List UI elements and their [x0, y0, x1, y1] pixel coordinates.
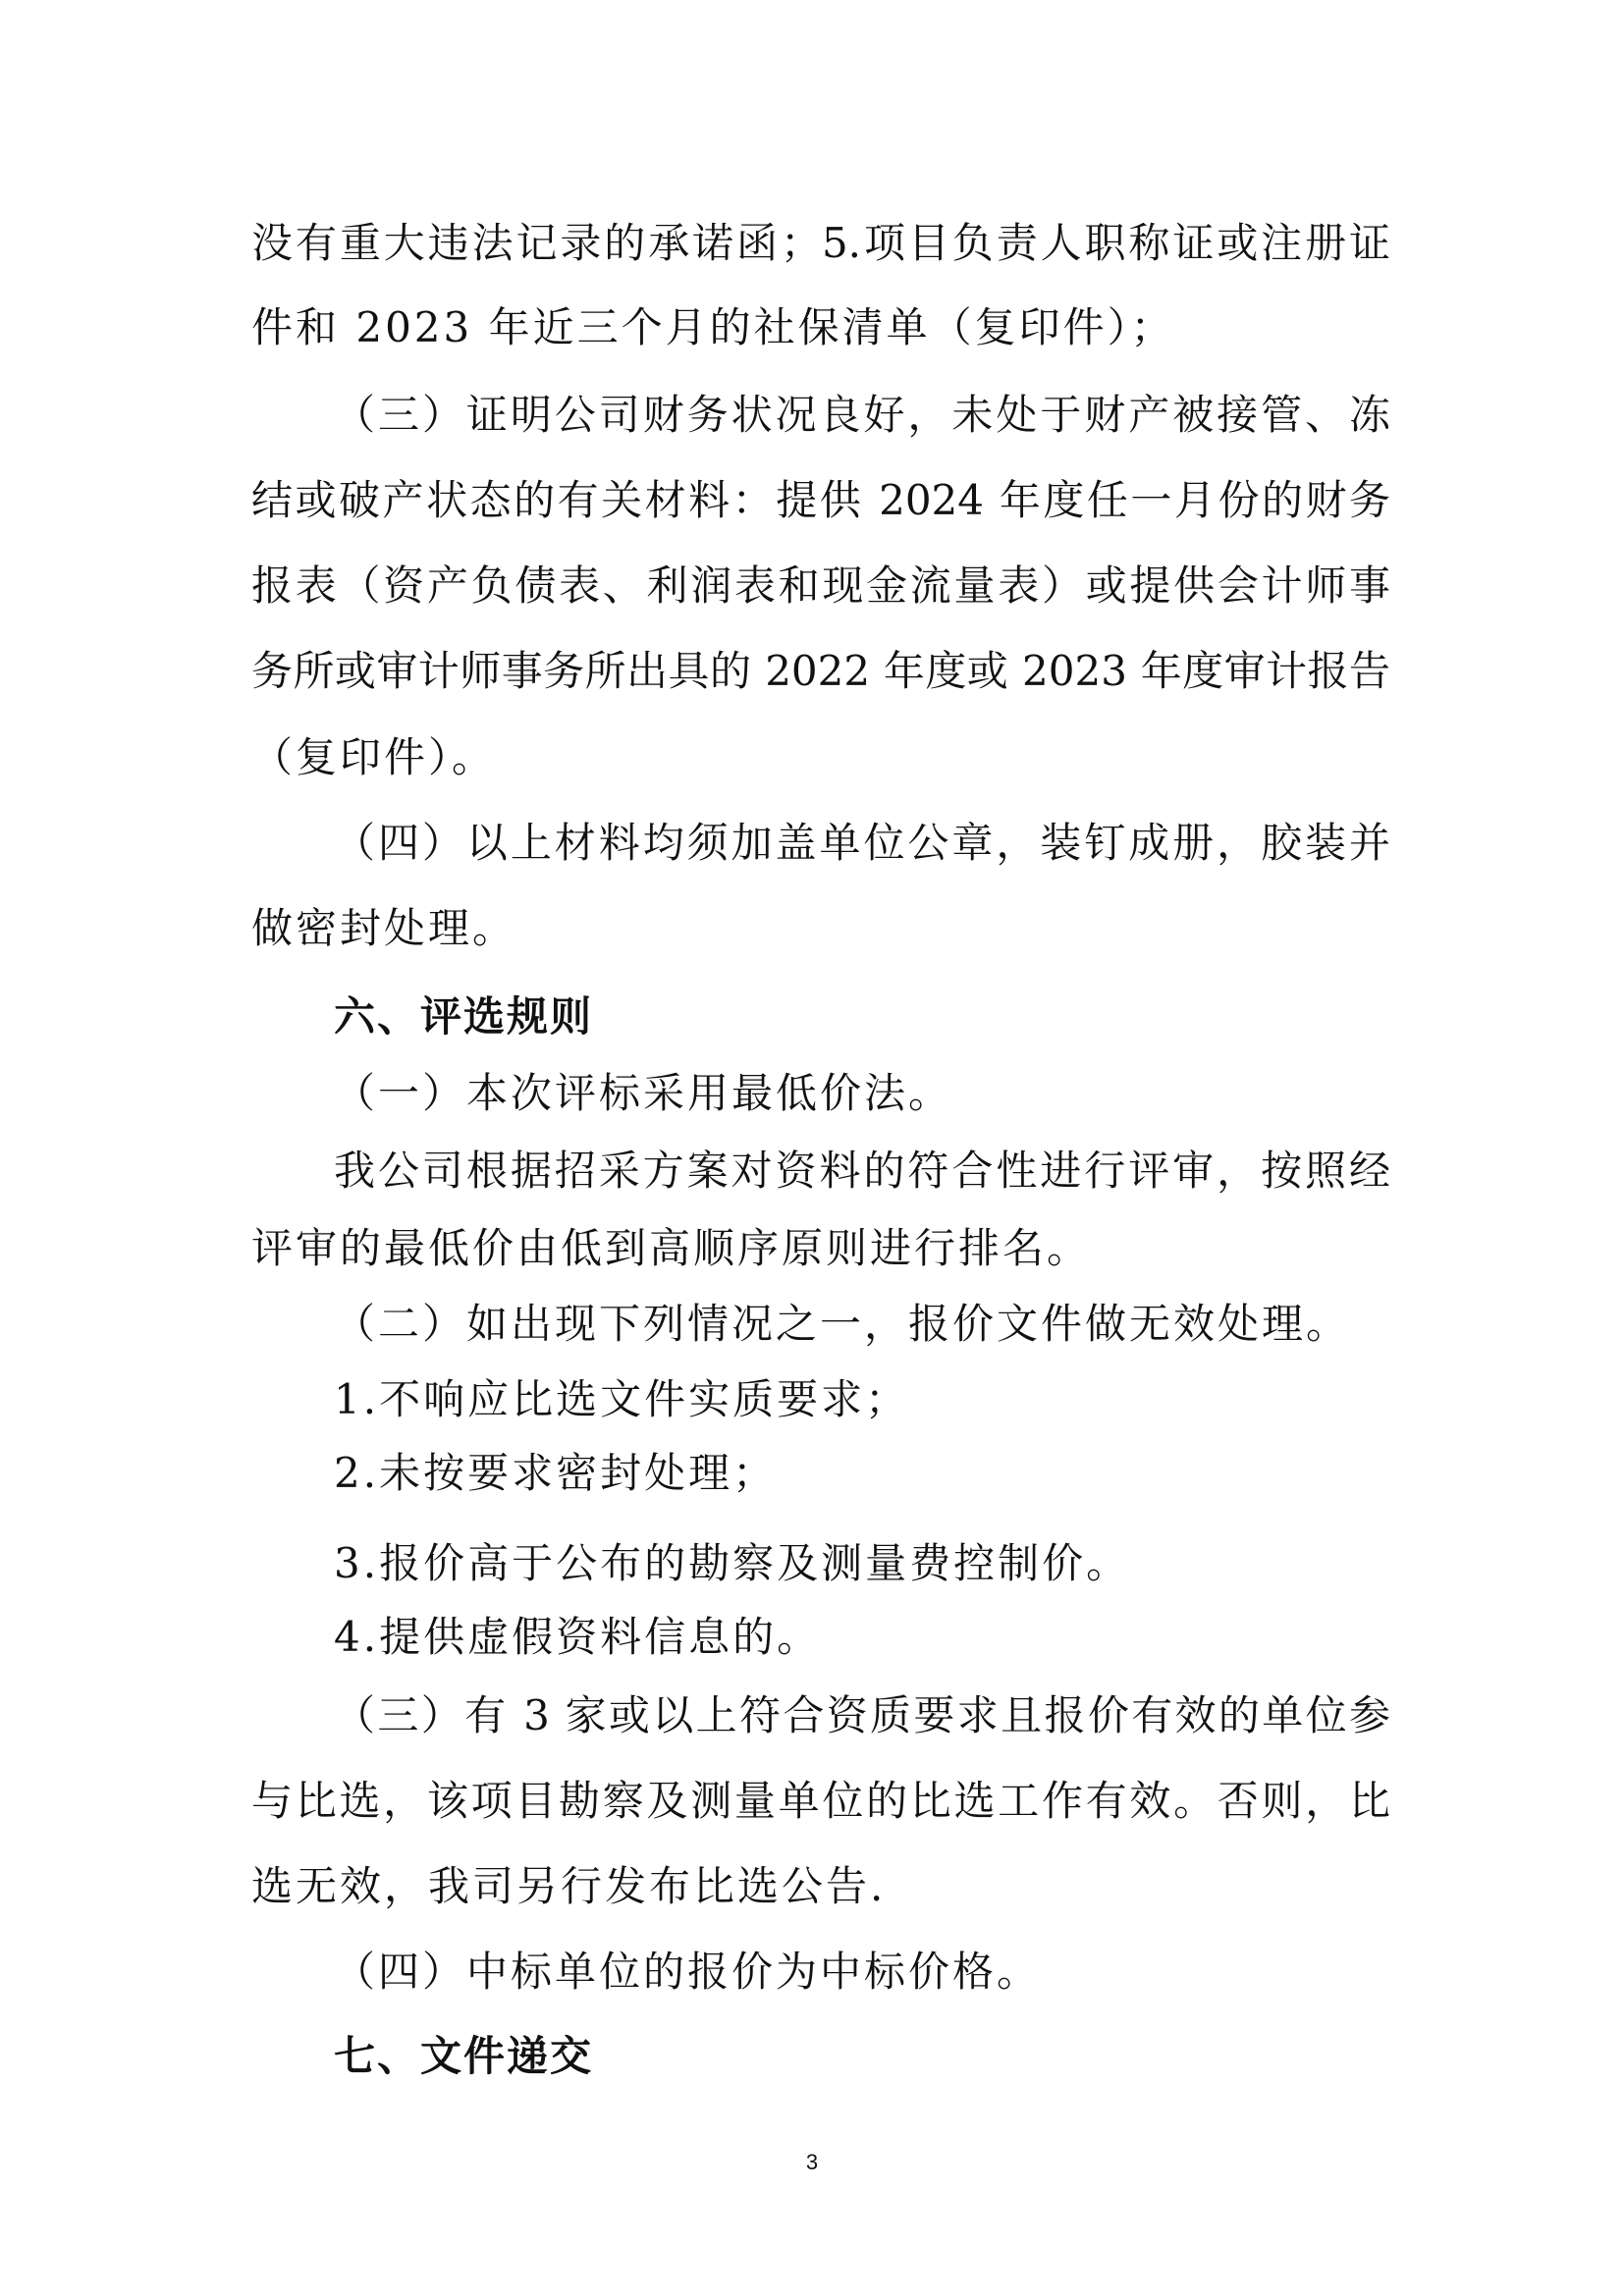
body-line: （一）本次评标采用最低价法。 — [334, 1066, 1390, 1121]
body-line: 没有重大违法记录的承诺函；5.项目负责人职称证或注册证 — [251, 216, 1390, 271]
section-heading-document-submission: 七、文件递交 — [334, 2029, 1390, 2084]
body-line: （四）以上材料均须加盖单位公章，装钉成册，胶装并 — [334, 816, 1390, 871]
body-line: 评审的最低价由低到高顺序原则进行排名。 — [251, 1221, 1390, 1276]
body-line: （二）如出现下列情况之一，报价文件做无效处理。 — [334, 1297, 1390, 1352]
body-line: 做密封处理。 — [251, 901, 1390, 956]
list-item: 4.提供虚假资料信息的。 — [334, 1610, 1390, 1665]
list-item: 2.未按要求密封处理； — [334, 1446, 1390, 1501]
list-item: 1.不响应比选文件实质要求； — [334, 1372, 1390, 1427]
body-line: （三）有 3 家或以上符合资质要求且报价有效的单位参 — [334, 1688, 1390, 1743]
body-line: 件和 2023 年近三个月的社保清单（复印件）； — [251, 300, 1390, 355]
list-item: 3.报价高于公布的勘察及测量费控制价。 — [334, 1536, 1390, 1591]
body-line: （复印件）。 — [251, 730, 1390, 785]
body-line: 与比选，该项目勘察及测量单位的比选工作有效。否则，比 — [251, 1774, 1390, 1829]
body-line: （三）证明公司财务状况良好，未处于财产被接管、冻 — [334, 388, 1390, 443]
document-page: 没有重大违法记录的承诺函；5.项目负责人职称证或注册证 件和 2023 年近三个… — [0, 0, 1624, 2296]
body-line: 结或破产状态的有关材料：提供 2024 年度任一月份的财务 — [251, 473, 1390, 528]
body-line: 报表（资产负债表、利润表和现金流量表）或提供会计师事 — [251, 559, 1390, 614]
body-line: （四）中标单位的报价为中标价格。 — [334, 1945, 1390, 2000]
body-line: 我公司根据招采方案对资料的符合性进行评审，按照经 — [334, 1144, 1390, 1199]
body-line: 务所或审计师事务所出具的 2022 年度或 2023 年度审计报告 — [251, 644, 1390, 699]
body-line: 选无效，我司另行发布比选公告. — [251, 1859, 1390, 1914]
page-number: 3 — [0, 2150, 1624, 2175]
section-heading-evaluation-rules: 六、评选规则 — [334, 989, 1390, 1044]
